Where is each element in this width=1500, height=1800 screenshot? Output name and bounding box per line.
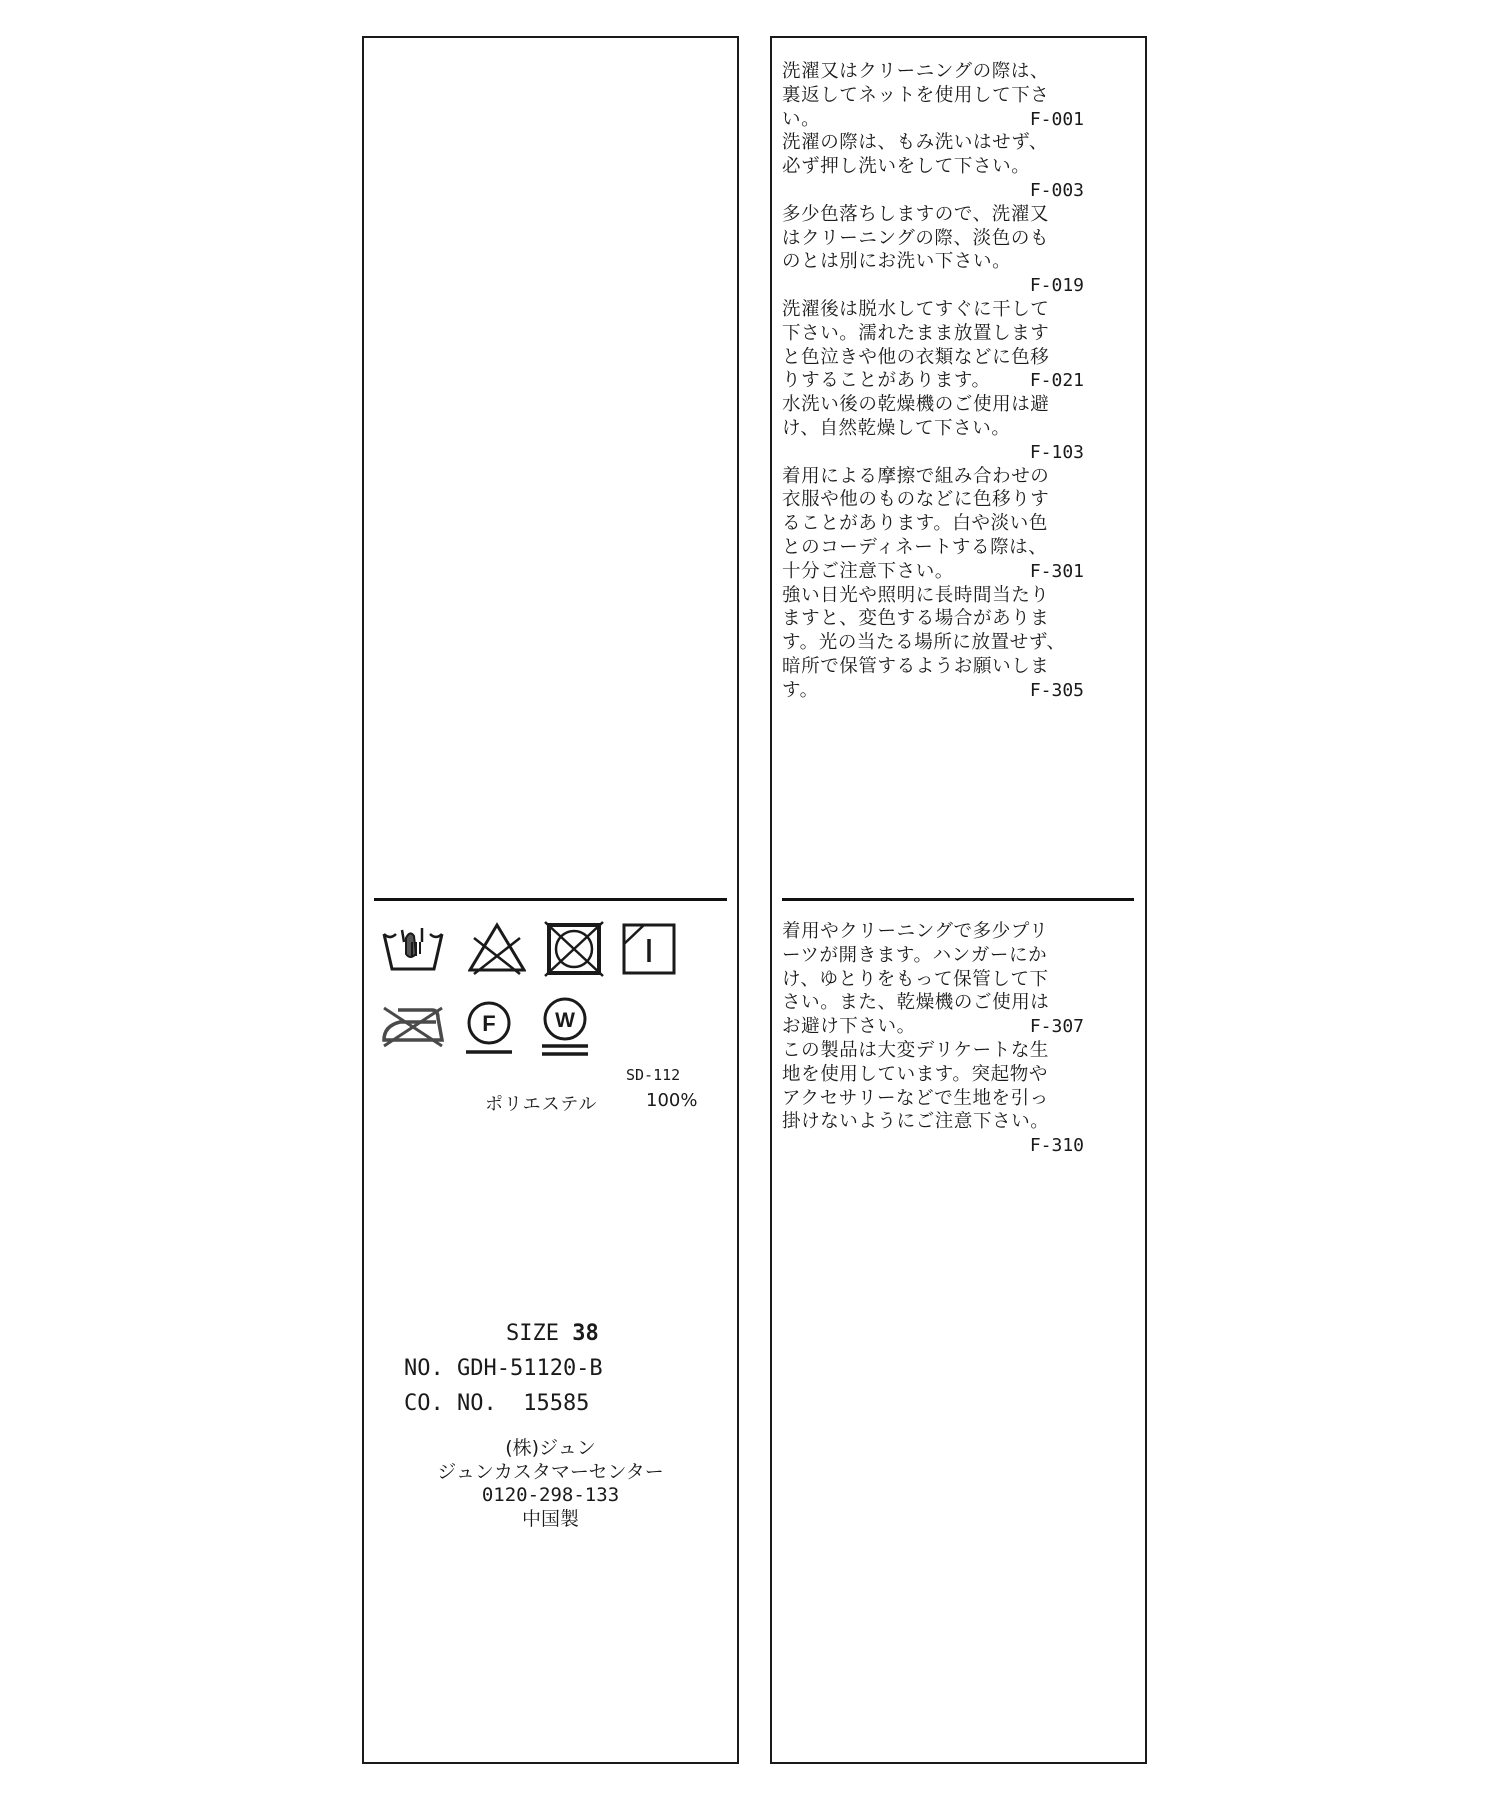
care-note-text: 強い日光や照明に長時間当たり — [782, 585, 1049, 606]
sd-code: SD-112 — [626, 1066, 680, 1084]
care-note-line: F-019 — [782, 274, 1102, 298]
svg-text:W: W — [555, 1009, 575, 1032]
care-note-line: 衣服や他のものなどに色移りす — [782, 488, 1102, 512]
care-note-line: はクリーニングの際、淡色のも — [782, 227, 1102, 251]
svg-text:F: F — [482, 1011, 495, 1036]
care-note-line: す。光の当たる場所に放置せず、 — [782, 631, 1102, 655]
care-note-code: F-310 — [1030, 1134, 1084, 1158]
no-tumble-dry-icon — [543, 920, 605, 978]
care-note-text: アクセサリーなどで生地を引っ — [782, 1088, 1049, 1109]
care-note-text: 十分ご注意下さい。 — [782, 561, 954, 582]
care-note-text: け、ゆとりをもって保管して下 — [782, 969, 1049, 990]
care-note-line: りすることがあります。F-021 — [782, 369, 1102, 393]
care-note-text: 多少色落ちしますので、洗濯又 — [782, 204, 1049, 225]
care-note-code: F-001 — [1030, 108, 1084, 132]
care-note-line: 掛けないようにご注意下さい。 — [782, 1110, 1102, 1134]
care-note-line: 水洗い後の乾燥機のご使用は避 — [782, 393, 1102, 417]
care-note-line: 裏返してネットを使用して下さ — [782, 84, 1102, 108]
care-note-text: い。 — [782, 109, 820, 130]
care-note-line: 下さい。濡れたまま放置します — [782, 322, 1102, 346]
care-note-text: 暗所で保管するようお願いしま — [782, 656, 1049, 677]
care-note-text: す。 — [782, 680, 819, 701]
care-note-line: け、ゆとりをもって保管して下 — [782, 968, 1102, 992]
material-percent: 100% — [646, 1090, 697, 1111]
care-note-line: F-003 — [782, 179, 1102, 203]
care-note-text: 必ず押し洗いをして下さい。 — [782, 156, 1030, 177]
care-note-line: 多少色落ちしますので、洗濯又 — [782, 203, 1102, 227]
country-of-origin: 中国製 — [362, 1508, 739, 1532]
care-note-line: とのコーディネートする際は、 — [782, 536, 1102, 560]
customer-center: ジュンカスタマーセンター — [362, 1461, 739, 1485]
care-note-line: お避け下さい。F-307 — [782, 1015, 1102, 1039]
care-note-line: 暗所で保管するようお願いしま — [782, 655, 1102, 679]
care-note-text: とのコーディネートする際は、 — [782, 537, 1047, 558]
care-note-line: 洗濯又はクリーニングの際は、 — [782, 60, 1102, 84]
care-note-text: 衣服や他のものなどに色移りす — [782, 489, 1049, 510]
care-notes-bottom: 着用やクリーニングで多少プリーツが開きます。ハンガーにかけ、ゆとりをもって保管し… — [782, 920, 1102, 1158]
care-note-text: さい。また、乾燥機のご使用は — [782, 992, 1049, 1013]
care-note-text: はクリーニングの際、淡色のも — [782, 228, 1049, 249]
company-name: (株)ジュン — [362, 1437, 739, 1461]
care-note-text: この製品は大変デリケートな生 — [782, 1040, 1049, 1061]
care-note-line: 必ず押し洗いをして下さい。 — [782, 155, 1102, 179]
care-note-text: 掛けないようにご注意下さい。 — [782, 1111, 1049, 1132]
care-note-line: と色泣きや他の衣類などに色移 — [782, 346, 1102, 370]
care-note-code: F-305 — [1030, 679, 1084, 703]
care-note-code: F-307 — [1030, 1015, 1084, 1039]
care-note-text: と色泣きや他の衣類などに色移 — [782, 347, 1049, 368]
care-note-text: 着用による摩擦で組み合わせの — [782, 466, 1049, 487]
care-note-line: 強い日光や照明に長時間当たり — [782, 584, 1102, 608]
care-note-text: ることがあります。白や淡い色 — [782, 513, 1048, 534]
care-note-text: 洗濯又はクリーニングの際は、 — [782, 61, 1049, 82]
care-note-text: ーツが開きます。ハンガーにか — [782, 945, 1047, 966]
product-number: NO. GDH-51120-B — [404, 1356, 603, 1381]
right-label-divider — [782, 898, 1134, 901]
care-note-text: 地を使用しています。突起物や — [782, 1064, 1048, 1085]
care-note-text: 洗濯の際は、もみ洗いはせず、 — [782, 132, 1048, 153]
care-note-line: さい。また、乾燥機のご使用は — [782, 991, 1102, 1015]
care-note-code: F-103 — [1030, 441, 1084, 465]
care-note-code: F-019 — [1030, 274, 1084, 298]
care-note-line: ーツが開きます。ハンガーにか — [782, 944, 1102, 968]
care-notes-top: 洗濯又はクリーニングの際は、裏返してネットを使用して下さい。F-001洗濯の際は… — [782, 60, 1102, 703]
care-note-line: この製品は大変デリケートな生 — [782, 1039, 1102, 1063]
care-note-line: け、自然乾燥して下さい。 — [782, 417, 1102, 441]
care-note-line: 着用による摩擦で組み合わせの — [782, 465, 1102, 489]
co-number: CO. NO. 15585 — [404, 1391, 589, 1416]
care-symbols: F W — [380, 920, 680, 1065]
care-note-line: 洗濯の際は、もみ洗いはせず、 — [782, 131, 1102, 155]
care-note-line: 十分ご注意下さい。F-301 — [782, 560, 1102, 584]
care-note-line: す。F-305 — [782, 679, 1102, 703]
material-fiber: ポリエステル — [485, 1090, 597, 1116]
care-note-line: F-310 — [782, 1134, 1102, 1158]
dry-clean-f-icon: F — [464, 1000, 514, 1058]
size-label: SIZE — [506, 1321, 559, 1346]
care-note-text: ますと、変色する場合がありま — [782, 608, 1049, 629]
wet-clean-w-icon: W — [540, 996, 590, 1058]
size-line: SIZE 38 — [506, 1321, 599, 1346]
care-note-text: のとは別にお洗い下さい。 — [782, 251, 1011, 272]
care-note-line: 着用やクリーニングで多少プリ — [782, 920, 1102, 944]
size-value: 38 — [572, 1321, 599, 1346]
care-note-code: F-003 — [1030, 179, 1084, 203]
care-note-text: 下さい。濡れたまま放置します — [782, 323, 1049, 344]
no-iron-icon — [380, 1002, 446, 1050]
company-info: (株)ジュン ジュンカスタマーセンター 0120-298-133 中国製 — [362, 1437, 739, 1531]
care-note-line: ますと、変色する場合がありま — [782, 607, 1102, 631]
care-note-code: F-021 — [1030, 369, 1084, 393]
care-note-text: 裏返してネットを使用して下さ — [782, 85, 1049, 106]
care-note-text: け、自然乾燥して下さい。 — [782, 418, 1010, 439]
care-note-text: りすることがあります。 — [782, 370, 991, 391]
care-note-line: 地を使用しています。突起物や — [782, 1063, 1102, 1087]
left-label-divider — [374, 898, 727, 901]
hand-wash-tub-icon — [382, 924, 444, 974]
care-note-line: 洗濯後は脱水してすぐに干して — [782, 298, 1102, 322]
care-note-text: 着用やクリーニングで多少プリ — [782, 921, 1048, 942]
care-note-line: ることがあります。白や淡い色 — [782, 512, 1102, 536]
phone-number: 0120-298-133 — [362, 1484, 739, 1508]
care-note-code: F-301 — [1030, 560, 1084, 584]
care-note-line: い。F-001 — [782, 108, 1102, 132]
care-note-line: F-103 — [782, 441, 1102, 465]
care-note-text: 水洗い後の乾燥機のご使用は避 — [782, 394, 1049, 415]
care-note-text: 洗濯後は脱水してすぐに干して — [782, 299, 1049, 320]
care-note-line: のとは別にお洗い下さい。 — [782, 250, 1102, 274]
care-note-text: す。光の当たる場所に放置せず、 — [782, 632, 1066, 653]
care-note-line: アクセサリーなどで生地を引っ — [782, 1087, 1102, 1111]
no-bleach-icon — [468, 922, 526, 976]
line-dry-shade-icon — [622, 922, 678, 976]
care-note-text: お避け下さい。 — [782, 1016, 916, 1037]
